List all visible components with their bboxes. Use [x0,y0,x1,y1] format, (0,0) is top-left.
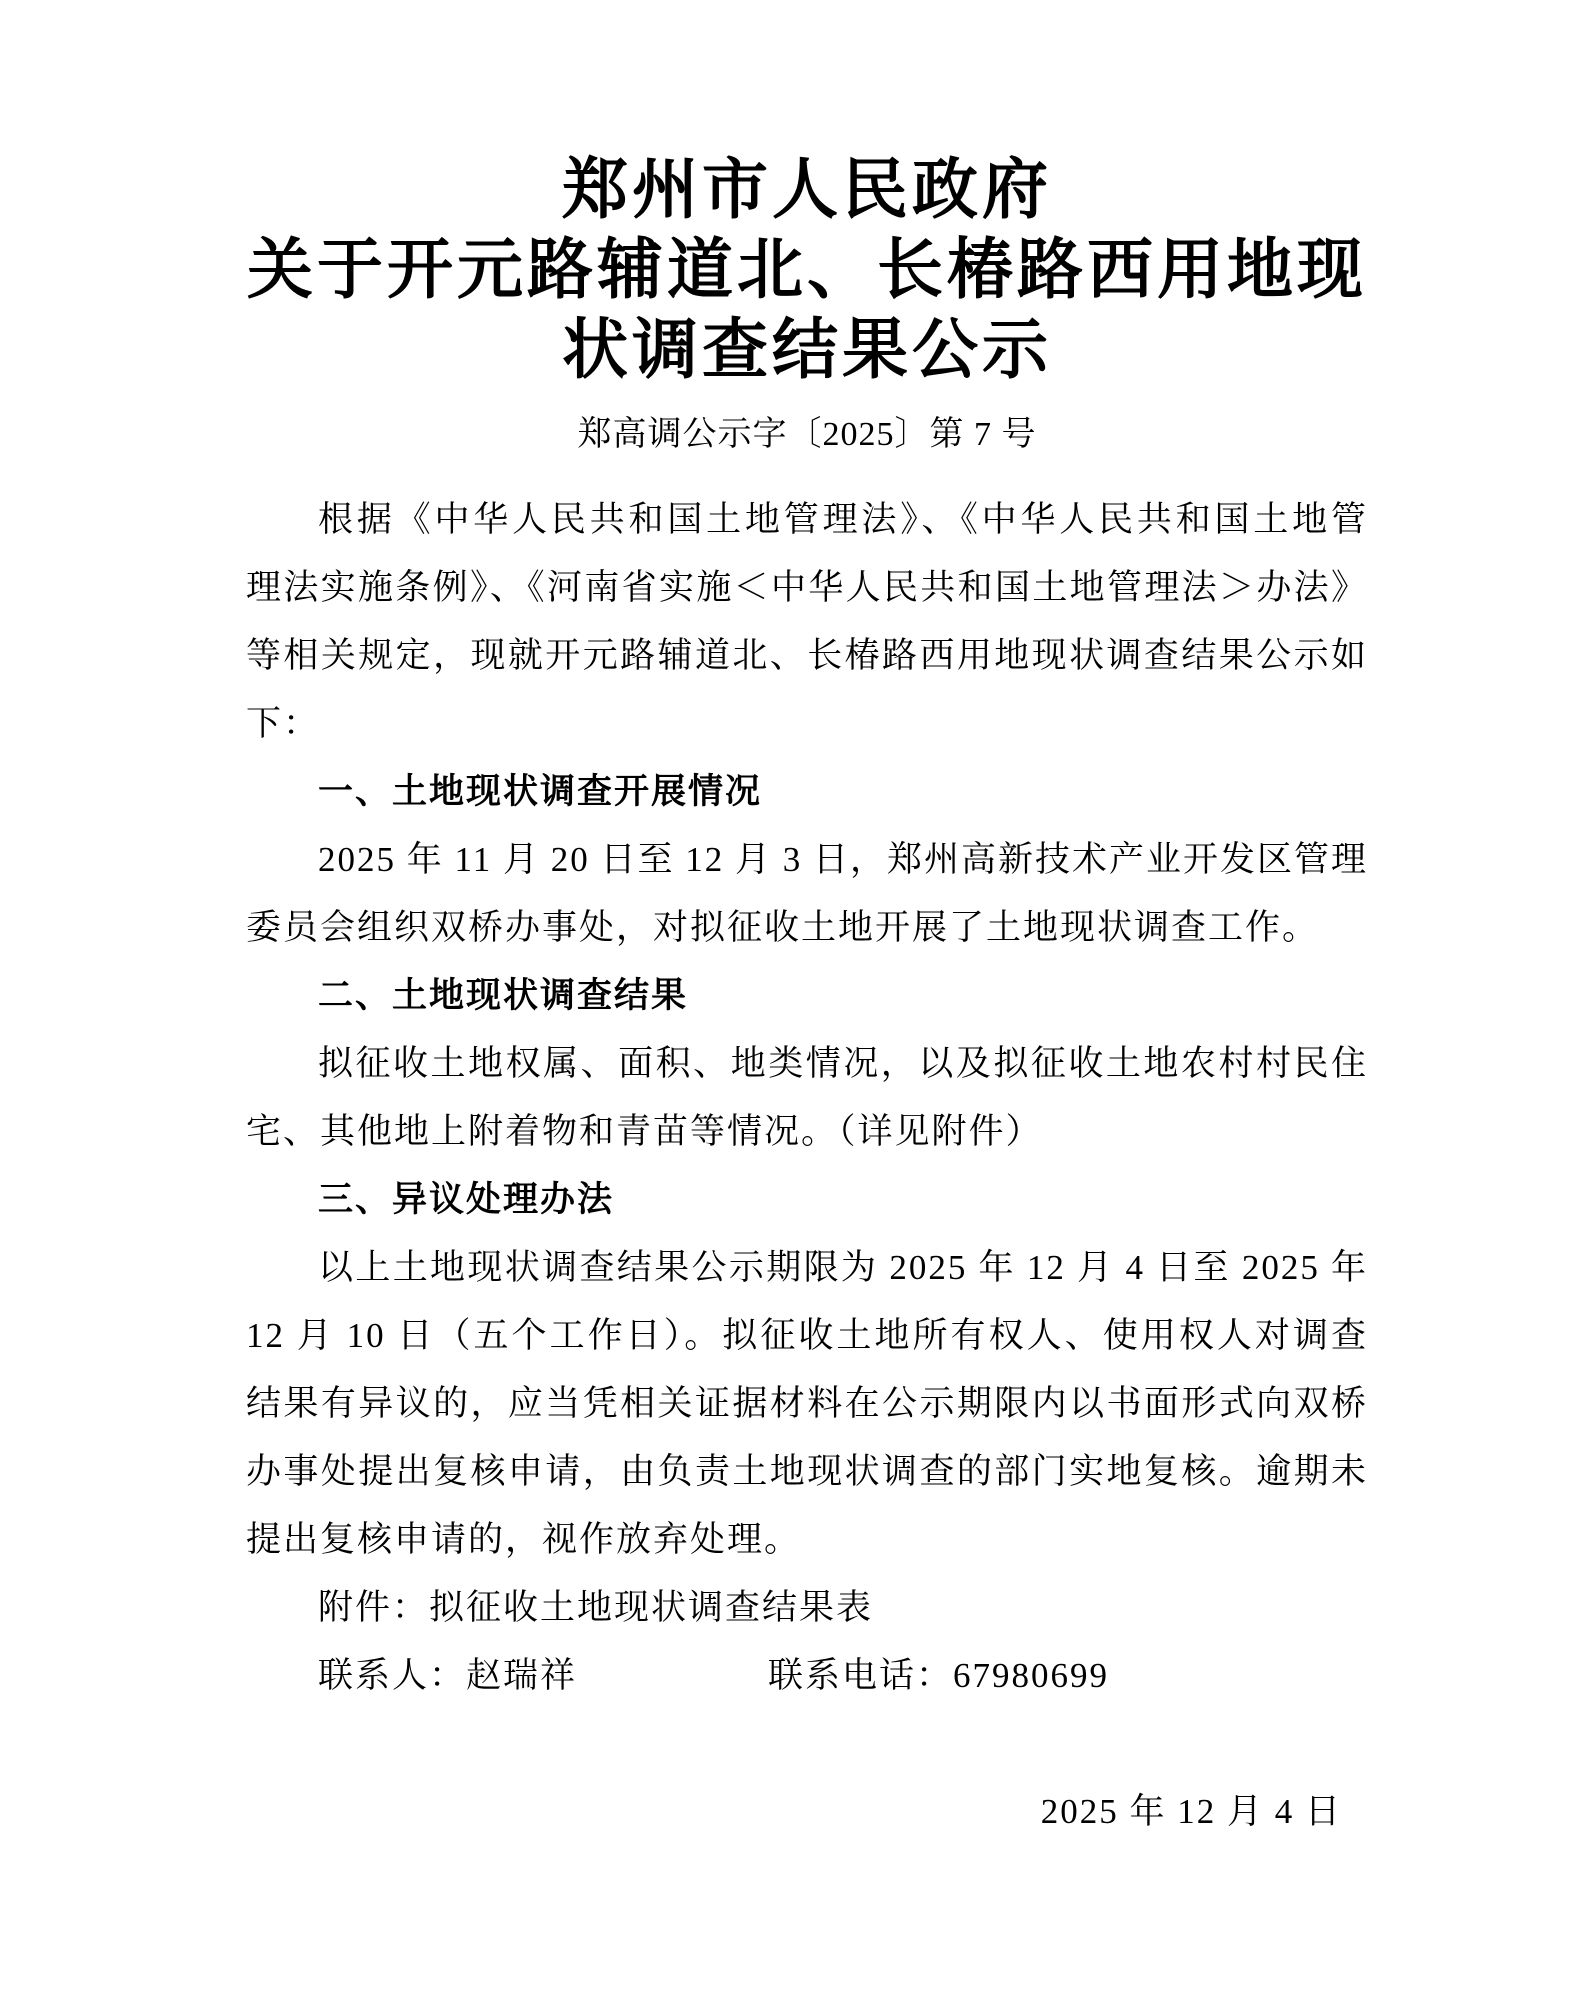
intro-line: 理法实施条例》、《河南省实施＜中华人民共和国土地管理法＞办法》 [246,554,1368,622]
document-date: 2025 年 12 月 4 日 [246,1778,1368,1846]
document-number: 郑高调公示字〔2025〕第 7 号 [246,411,1368,459]
contact-phone-number: 67980699 [953,1656,1109,1695]
intro-line: 等相关规定，现就开元路辅道北、长椿路西用地现状调查结果公示如 [246,622,1368,690]
contact-person-label: 联系人： [318,1656,466,1695]
section-2-heading: 二、土地现状调查结果 [246,962,1368,1030]
contact-row: 联系人：赵瑞祥 联系电话：67980699 [246,1642,1368,1710]
section-1-line: 委员会组织双桥办事处，对拟征收土地开展了土地现状调查工作。 [246,894,1368,962]
document-body: 根据《中华人民共和国土地管理法》、《中华人民共和国土地管 理法实施条例》、《河南… [246,486,1368,1846]
section-3-line: 以上土地现状调查结果公示期限为 2025 年 12 月 4 日至 2025 年 [246,1234,1368,1302]
intro-line: 根据《中华人民共和国土地管理法》、《中华人民共和国土地管 [246,486,1368,554]
section-3-line: 办事处提出复核申请，由负责土地现状调查的部门实地复核。逾期未 [246,1438,1368,1506]
section-2-line: 拟征收土地权属、面积、地类情况，以及拟征收土地农村村民住 [246,1030,1368,1098]
title-line-1: 郑州市人民政府 [246,151,1368,231]
section-3-line: 结果有异议的，应当凭相关证据材料在公示期限内以书面形式向双桥 [246,1370,1368,1438]
contact-person-name: 赵瑞祥 [466,1656,577,1695]
section-3-line: 12 月 10 日（五个工作日）。拟征收土地所有权人、使用权人对调查 [246,1302,1368,1370]
title-line-2: 关于开元路辅道北、长椿路西用地现 [246,231,1368,311]
attachment-line: 附件：拟征收土地现状调查结果表 [246,1574,1368,1642]
contact-phone-label: 联系电话： [768,1656,953,1695]
contact-phone: 联系电话：67980699 [768,1642,1109,1710]
section-3-heading: 三、异议处理办法 [246,1166,1368,1234]
document-title: 郑州市人民政府 关于开元路辅道北、长椿路西用地现 状调查结果公示 [246,151,1368,391]
section-3-line: 提出复核申请的，视作放弃处理。 [246,1506,1368,1574]
section-2-line: 宅、其他地上附着物和青苗等情况。（详见附件） [246,1098,1368,1166]
section-1-heading: 一、土地现状调查开展情况 [246,758,1368,826]
contact-person: 联系人：赵瑞祥 [318,1642,577,1710]
document-page: 郑州市人民政府 关于开元路辅道北、长椿路西用地现 状调查结果公示 郑高调公示字〔… [0,0,1587,2000]
intro-line: 下： [246,690,1368,758]
section-1-line: 2025 年 11 月 20 日至 12 月 3 日，郑州高新技术产业开发区管理 [246,826,1368,894]
title-line-3: 状调查结果公示 [246,311,1368,391]
